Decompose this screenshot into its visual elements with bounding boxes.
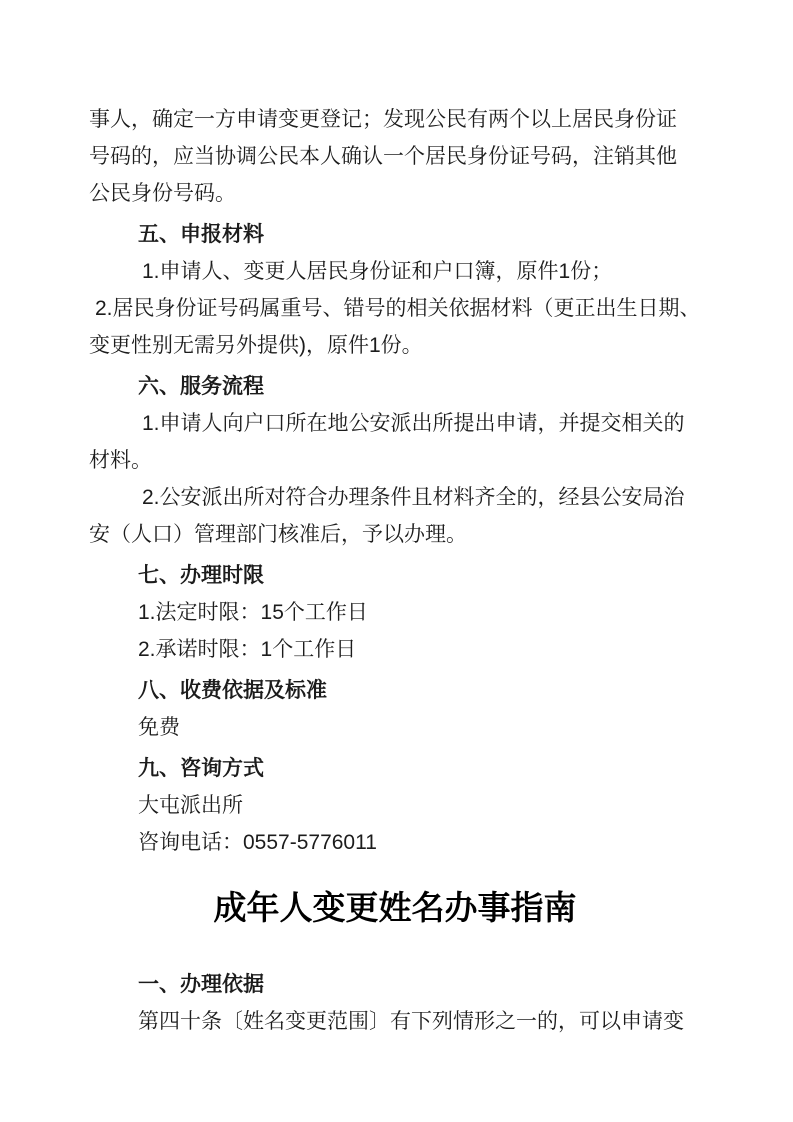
paragraph-line: 号码的，应当协调公民本人确认一个居民身份证号码，注销其他 — [89, 138, 701, 175]
list-item: 2.居民身份证号码属重号、错号的相关依据材料（更正出生日期、 — [89, 290, 701, 327]
paragraph-line: 变更性别无需另外提供)，原件1份。 — [89, 327, 701, 364]
paragraph-line: 安（人口）管理部门核准后，予以办理。 — [89, 516, 701, 553]
contact-phone: 咨询电话：0557-5776011 — [89, 824, 701, 861]
paragraph-line: 材料。 — [89, 442, 701, 479]
list-item: 1.申请人、变更人居民身份证和户口簿，原件1份； — [89, 253, 701, 290]
section-heading-materials: 五、申报材料 — [89, 216, 701, 253]
list-item: 1.申请人向户口所在地公安派出所提出申请，并提交相关的 — [89, 405, 701, 442]
list-item: 1.法定时限：15个工作日 — [89, 594, 701, 631]
paragraph-line: 第四十条〔姓名变更范围〕有下列情形之一的，可以申请变 — [89, 1003, 701, 1040]
section-heading-process: 六、服务流程 — [89, 368, 701, 405]
section-heading-fees: 八、收费依据及标准 — [89, 672, 701, 709]
paragraph-line: 公民身份号码。 — [89, 175, 701, 212]
page-text-content: 事人，确定一方申请变更登记；发现公民有两个以上居民身份证 号码的，应当协调公民本… — [89, 101, 701, 1040]
fee-value: 免费 — [89, 709, 701, 746]
document-page: 事人，确定一方申请变更登记；发现公民有两个以上居民身份证 号码的，应当协调公民本… — [0, 0, 793, 1122]
paragraph-line: 事人，确定一方申请变更登记；发现公民有两个以上居民身份证 — [89, 101, 701, 138]
list-item: 2.公安派出所对符合办理条件且材料齐全的，经县公安局治 — [89, 479, 701, 516]
section-heading-time-limit: 七、办理时限 — [89, 557, 701, 594]
section-heading-contact: 九、咨询方式 — [89, 750, 701, 787]
document-title: 成年人变更姓名办事指南 — [89, 887, 701, 929]
list-item: 2.承诺时限：1个工作日 — [89, 631, 701, 668]
section-heading-legal-basis: 一、办理依据 — [89, 966, 701, 1003]
office-name: 大屯派出所 — [89, 787, 701, 824]
